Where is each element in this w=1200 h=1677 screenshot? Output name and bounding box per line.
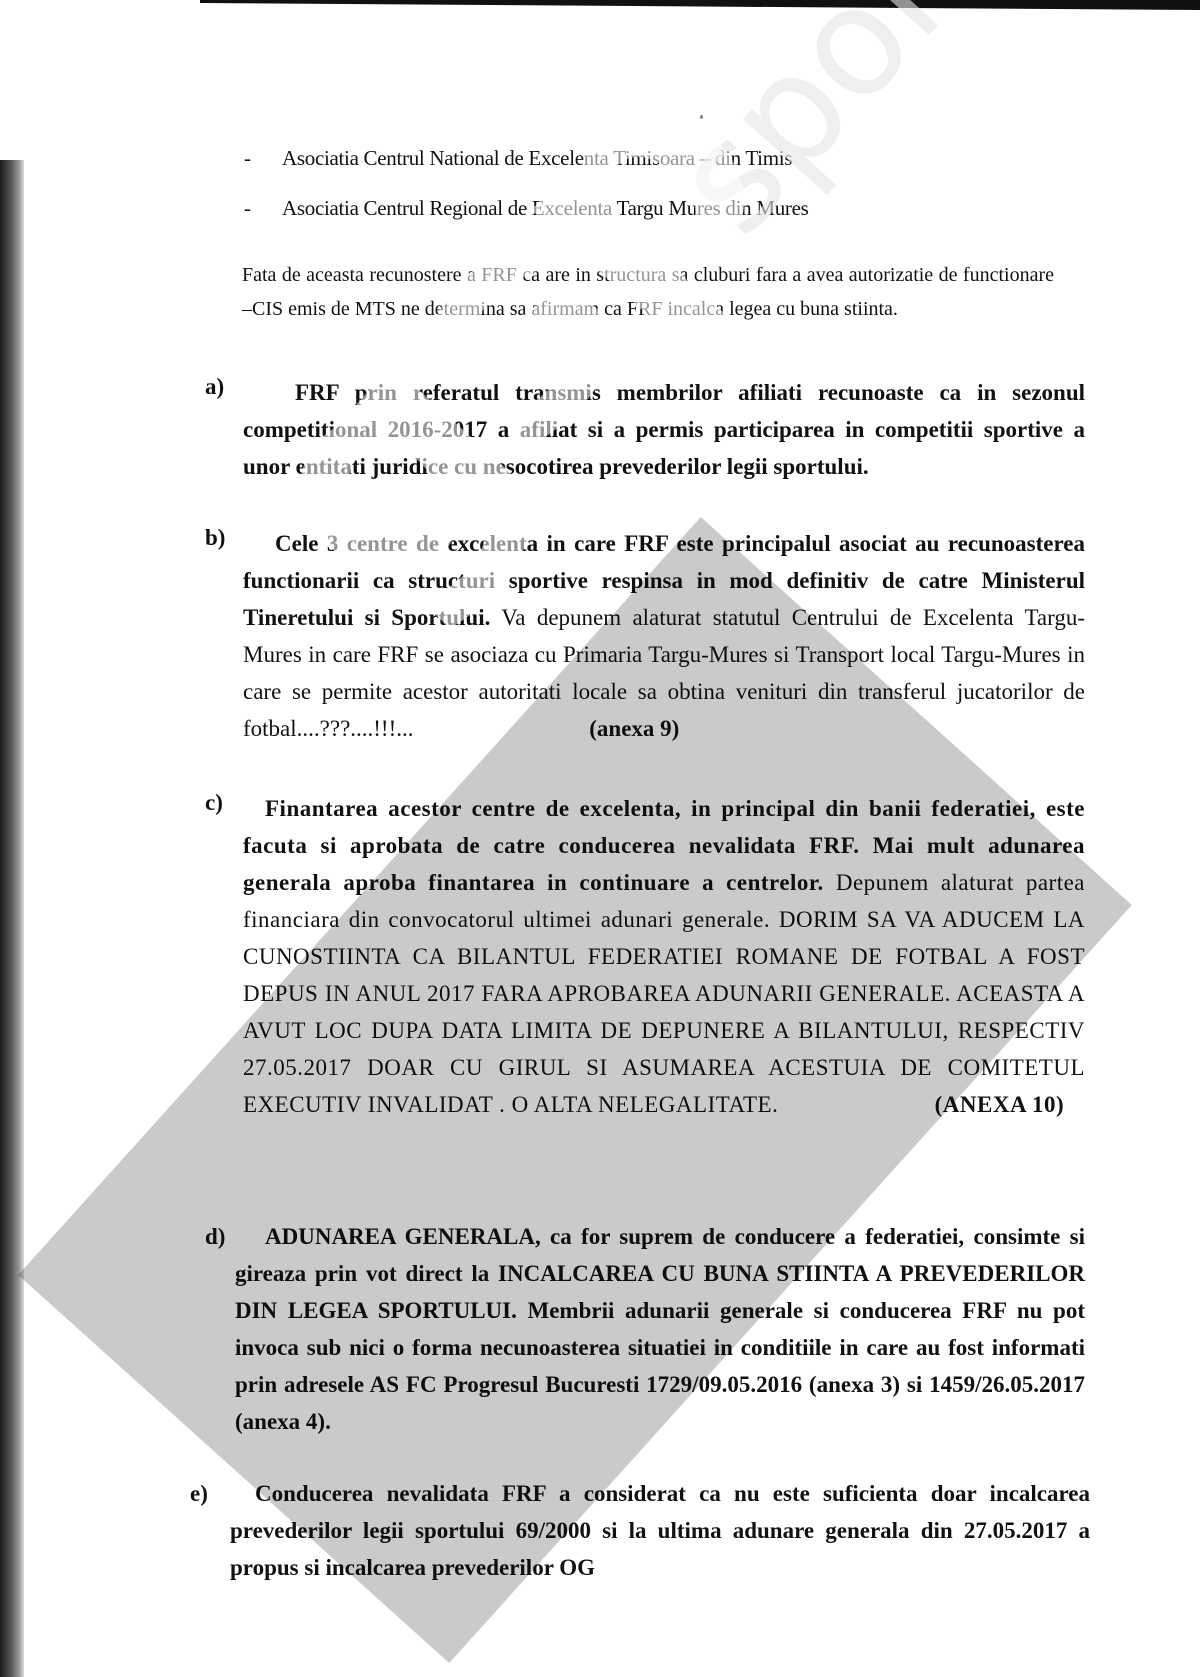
item-letter: b) [205, 525, 225, 551]
item-text: Cele 3 centre de excelenta in care FRF e… [243, 525, 1085, 747]
item-text: FRF prin referatul transmis membrilor af… [243, 374, 1085, 485]
item-text: Conducerea nevalidata FRF a considerat c… [230, 1475, 1090, 1586]
item-letter: a) [205, 374, 224, 400]
item-letter: e) [190, 1481, 208, 1507]
item-b-line: se permite acestor autoritati locale sa … [292, 679, 946, 704]
annex-reference: (ANEXA 10) [935, 1092, 1065, 1117]
item-c-line: . O ALTA NELEGALITATE. [499, 1092, 778, 1117]
item-letter: c) [205, 790, 223, 816]
item-c-line: centrelor. [726, 870, 824, 895]
intro-paragraph: Fata de aceasta recunostere a FRF ca are… [242, 258, 1054, 326]
bullet-marker: - [244, 146, 251, 171]
item-c-line: Finantarea acestor centre de excelenta, … [265, 796, 921, 821]
bullet-marker: - [244, 196, 251, 221]
annex-reference: (anexa 9) [589, 716, 679, 741]
item-text: Finantarea acestor centre de excelenta, … [243, 790, 1085, 1123]
item-letter: d) [205, 1224, 225, 1250]
bullet-text: Asociatia Centrul National de Excelenta … [282, 146, 792, 171]
bullet-text: Asociatia Centrul Regional de Excelenta … [282, 196, 808, 221]
item-text: ADUNAREA GENERALA, ca for suprem de cond… [235, 1218, 1085, 1440]
item-c-line: ANUL 2017 FARA APROBAREA ADUNARII GENERA… [355, 981, 950, 1006]
item-b-line: Va depunem [490, 605, 621, 630]
item-b-line: Cele 3 centre de excelenta in care FRF e… [275, 531, 939, 556]
document-page: - Asociatia Centrul National de Excelent… [0, 0, 1200, 1677]
